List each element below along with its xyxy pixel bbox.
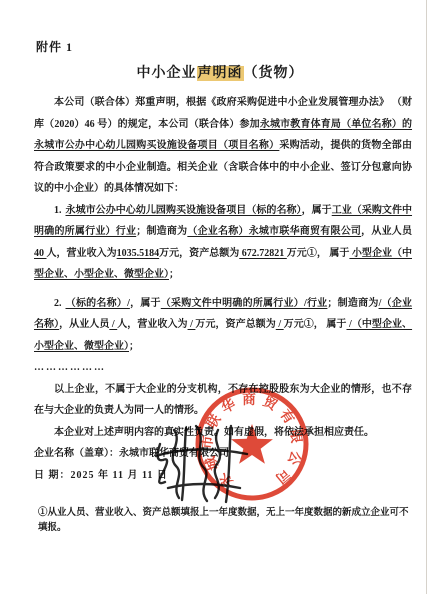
item2-text-5: 万元，资产总额为 [195,319,275,330]
item1-staff-count-underlined: 40 [34,248,47,259]
item1-text-7: ； [169,269,179,280]
page-right-border [426,0,427,594]
item2-text-7: ； [129,341,139,352]
item1-text-1: ，属于 [302,205,332,216]
date-signoff-line: 日 期：2025 年 11 月 11 日 [34,465,412,487]
company-label: 企业名称（盖章）： [34,448,119,459]
attachment-label: 附件 1 [36,38,73,55]
document-body: 本公司（联合体）郑重声明，根据《政府采购促进中小企业发展管理办法》 （财库（20… [34,92,412,486]
item2-subject-underlined: （标的名称）/ [66,298,130,309]
item2-text-3: ，从业人员 [59,319,109,330]
item2-number: 2. [54,298,62,309]
item1-subject-underlined: 永城市公办中心幼儿园购买设施设备项目（标的名称） [66,205,302,216]
item2-text-6: 万元①， 属于 [284,319,347,330]
item2-paragraph: 2.（标的名称）/，属于（采购文件中明确的所属行业）/行业；制造商为/（企业名称… [34,293,412,358]
ellipsis-line: ……………… [34,357,412,379]
document-title: 中小企业声明函（货物） [0,62,440,82]
item2-text-1: ，属于 [130,298,161,309]
item1-text-4: 人，营业收入为 [47,248,117,259]
item2-text-4: 人，营业收入为 [117,319,187,330]
item1-paragraph: 1.永城市公办中心幼儿园购买设施设备项目（标的名称），属于工业（采购文件中明确的… [34,200,412,286]
item2-assets-underlined: / [276,319,284,330]
item1-assets-underlined: 672.72821 [239,248,287,259]
title-prefix: 中小企业 [137,66,197,81]
company-name: 永城市联华商贸有限公司 [119,448,229,459]
item1-text-3: ，从业人员 [361,226,412,237]
item1-text-6: 万元①， 属于 [287,248,350,259]
item1-revenue-underlined: 1035.5184 [117,248,160,259]
item1-number: 1. [54,205,62,216]
company-signoff-line: 企业名称（盖章）：永城市联华商贸有限公司 [34,443,412,465]
intro-paragraph: 本公司（联合体）郑重声明，根据《政府采购促进中小企业发展管理办法》 （财库（20… [34,92,412,200]
date-label: 日 期： [34,470,71,481]
closing-paragraph-1: 以上企业，不属于大企业的分支机构，不存在控股股东为大企业的情形，也不存在与大企业… [34,379,412,422]
footnote: ①从业人员、营业收入、资产总额填报上一年度数据，无上一年度数据的新成立企业可不填… [38,506,410,536]
closing-paragraph-2: 本企业对上述声明内容的真实性负责。如有虚假，将依法承担相应责任。 [34,422,412,444]
item1-manufacturer-underlined: （企业名称）永城市联华商贸有限公司 [187,226,361,237]
title-suffix: （货物） [244,66,304,81]
date-value: 2025 年 11 月 11 日 [71,470,168,481]
item1-text-2: ；制造商为 [136,226,187,237]
title-highlighted-term: 声明函 [197,66,244,81]
item2-text-2: ；制造商为 [327,298,378,309]
item1-text-5: 万元，资产总额为 [159,248,239,259]
item2-industry-underlined: （采购文件中明确的所属行业）/行业 [161,298,328,309]
